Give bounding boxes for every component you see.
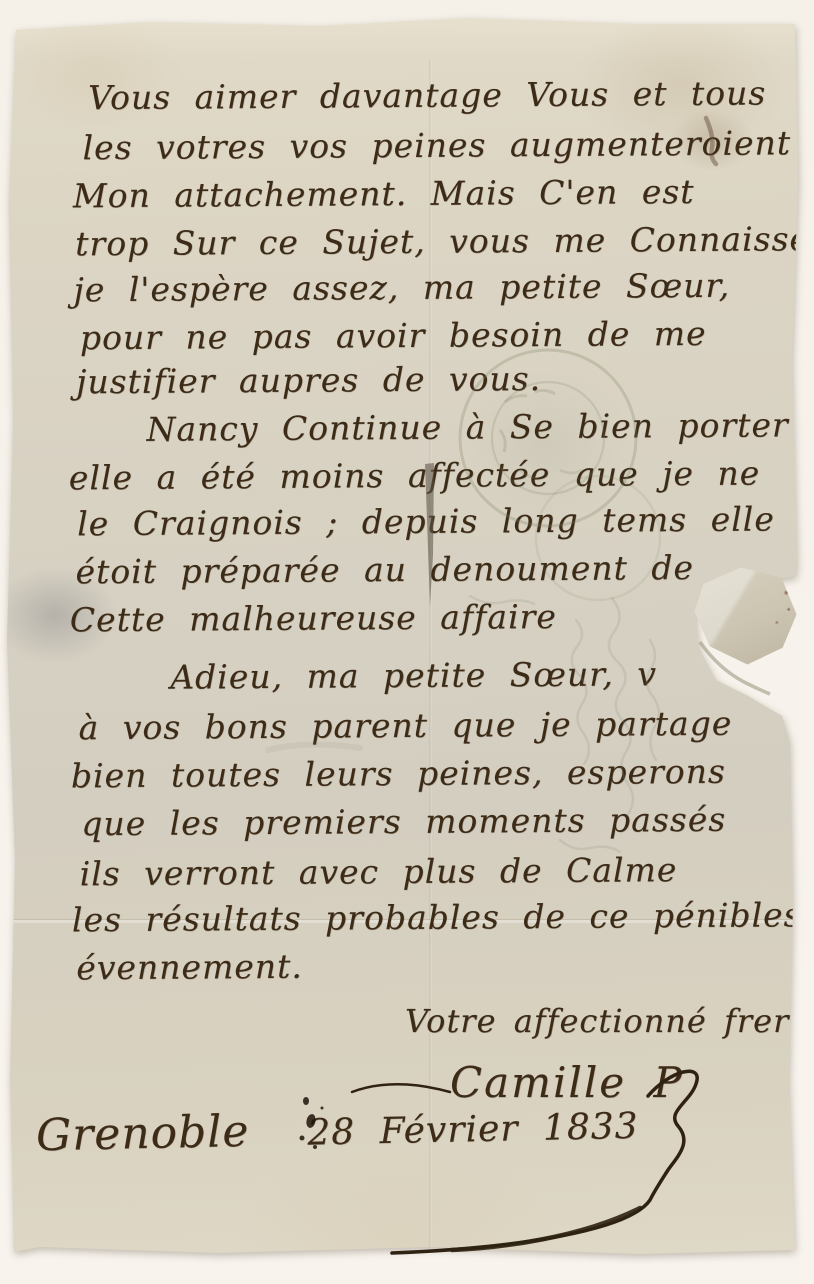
letter-line: justifier aupres de vous. (76, 359, 541, 401)
letter-line: étoit préparée au denoument de (75, 548, 694, 591)
letter-line: Nancy Continue à Se bien porter (146, 405, 788, 448)
letter-line: bien toutes leurs peines, esperons (71, 752, 726, 796)
paper-sheet: Vous aimer davantage Vous et tous les vo… (0, 0, 814, 1284)
paper-surface: Vous aimer davantage Vous et tous les vo… (0, 0, 814, 1284)
letter-line: que les premiers moments passés (81, 800, 726, 844)
letter-line: ils verront avec plus de Calme (79, 850, 677, 893)
letter-line: Cette malheureuse affaire (70, 597, 557, 639)
dateline-place: Grenoble (36, 1106, 250, 1161)
letter-line: le Craignois ; depuis long tems elle (77, 499, 775, 543)
letter-line: trop Sur ce Sujet, vous me Connaissez (75, 219, 814, 263)
letter-body: Vous aimer davantage Vous et tous les vo… (0, 0, 814, 1284)
letter-line: pour ne pas avoir besoin de me (80, 314, 707, 357)
letter-line: elle a été moins affectée que je ne (69, 454, 761, 498)
letter-line: je l'espère assez, ma petite Sœur, (73, 266, 730, 310)
letter-line: les votres vos peines augmenteroient (82, 123, 791, 167)
letter-line: évennement. (76, 947, 303, 988)
scan-background: Vous aimer davantage Vous et tous les vo… (0, 0, 814, 1284)
letter-line: Mon attachement. Mais C'en est (73, 172, 695, 215)
letter-line: à vos bons parent que je partage (78, 704, 732, 748)
dateline-date: 28 Février 1833 (307, 1106, 639, 1154)
closing-line: Votre affectionné frere (405, 1002, 809, 1040)
letter-line: les résultats probables de ce pénibles (72, 895, 802, 939)
letter-line: Vous aimer davantage Vous et tous (88, 73, 766, 117)
letter-line: Adieu, ma petite Sœur, v (170, 654, 657, 696)
